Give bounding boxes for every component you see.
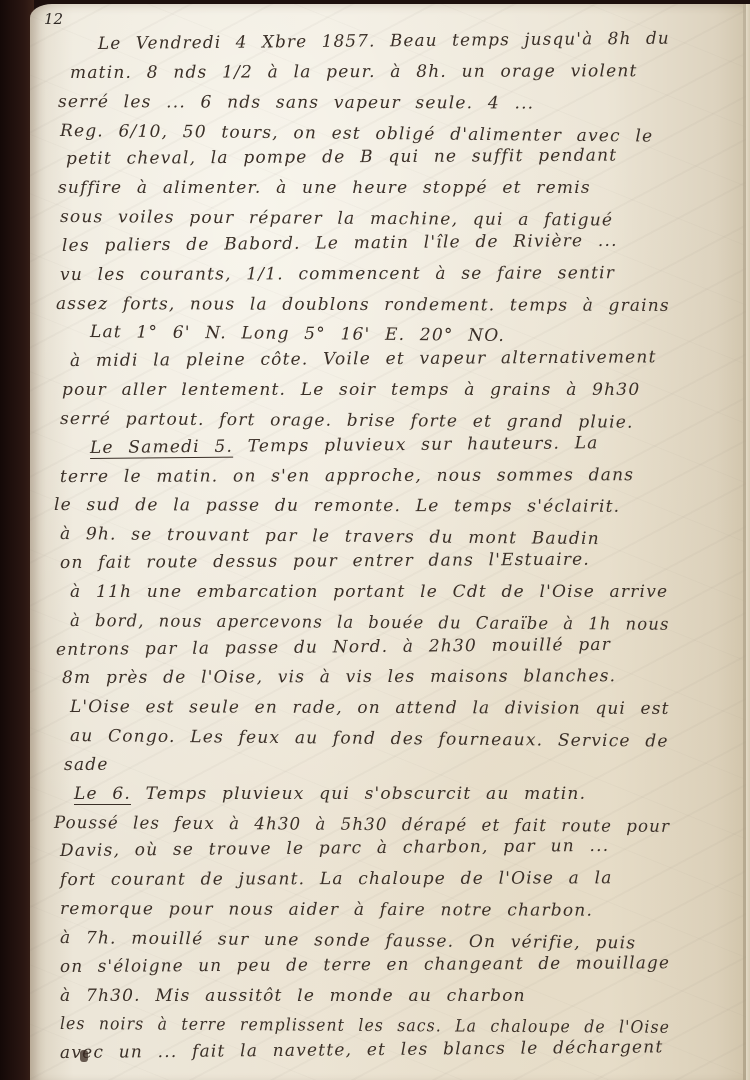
handwritten-line: fort courant de jusant. La chaloupe de l… [60, 868, 613, 890]
handwritten-lines: Le Vendredi 4 Xbre 1857. Beau temps jusq… [30, 4, 750, 1080]
handwritten-line: on fait route dessus pour entrer dans l'… [60, 550, 590, 573]
handwritten-line: les noirs à terre remplissent les sacs. … [60, 1014, 670, 1038]
book-binding-shadow [0, 0, 34, 1080]
handwritten-line: terre le matin. on s'en approche, nous s… [60, 465, 634, 487]
handwritten-line: à midi la pleine côte. Voile et vapeur a… [70, 347, 657, 371]
handwritten-line: Le 6. Temps pluvieux qui s'obscurcit au … [74, 784, 586, 804]
handwritten-line: les paliers de Babord. Le matin l'île de… [62, 231, 618, 256]
handwritten-line: petit cheval, la pompe de B qui ne suffi… [66, 146, 617, 169]
handwritten-line: vu les courants, 1/1. commencent à se fa… [60, 263, 615, 285]
handwritten-line: le sud de la passe du remonte. Le temps … [54, 495, 620, 517]
handwritten-line: entrons par la passe du Nord. à 2h30 mou… [56, 634, 611, 659]
handwritten-line: matin. 8 nds 1/2 à la peur. à 8h. un ora… [70, 61, 638, 83]
handwritten-line: on s'éloigne un peu de terre en changean… [60, 953, 670, 977]
handwritten-line: à 11h une embarcation portant le Cdt de … [70, 582, 668, 602]
handwritten-line: à 7h30. Mis aussitôt le monde au charbon [60, 986, 526, 1006]
handwritten-line: Le Samedi 5. Temps pluvieux sur hauteurs… [90, 433, 599, 458]
handwritten-line: Davis, où se trouve le parc à charbon, p… [60, 836, 609, 861]
handwritten-line: à 7h. mouillé sur une sonde fausse. On v… [60, 928, 636, 953]
ink-smudge [80, 1050, 88, 1062]
handwritten-line: sous voiles pour réparer la machine, qui… [60, 207, 613, 230]
handwritten-line: Le Vendredi 4 Xbre 1857. Beau temps jusq… [98, 29, 670, 54]
handwritten-line: à 9h. se trouvant par le travers du mont… [60, 524, 600, 549]
handwritten-line: serré partout. fort orage. brise forte e… [60, 409, 634, 433]
handwritten-line: avec un ... fait la navette, et les blan… [60, 1037, 664, 1063]
handwritten-line: Poussé les feux à 4h30 à 5h30 dérapé et … [54, 813, 670, 837]
handwritten-line: serré les ... 6 nds sans vapeur seule. 4… [58, 92, 534, 113]
handwritten-line: remorque pour nous aider à faire notre c… [60, 899, 593, 921]
manuscript-page: 12 Le Vendredi 4 Xbre 1857. Beau temps j… [30, 4, 750, 1080]
handwritten-line: à bord, nous apercevons la bouée du Cara… [70, 611, 670, 635]
handwritten-line: pour aller lentement. Le soir temps à gr… [62, 380, 640, 400]
handwritten-line: au Congo. Les feux au fond des fourneaux… [70, 726, 669, 752]
handwritten-line: L'Oise est seule en rade, on attend la d… [70, 697, 670, 719]
handwritten-line: Reg. 6/10, 50 tours, on est obligé d'ali… [60, 121, 653, 147]
handwritten-line: Lat 1° 6' N. Long 5° 16' E. 20° NO. [90, 322, 505, 346]
handwritten-line: 8m près de l'Oise, vis à vis les maisons… [62, 667, 616, 689]
handwritten-line: suffire à alimenter. à une heure stoppé … [58, 178, 591, 198]
scanned-page-view: 12 Le Vendredi 4 Xbre 1857. Beau temps j… [0, 0, 750, 1080]
handwritten-line: sade [64, 755, 109, 775]
handwritten-line: assez forts, nous la doublons rondement.… [56, 294, 670, 316]
